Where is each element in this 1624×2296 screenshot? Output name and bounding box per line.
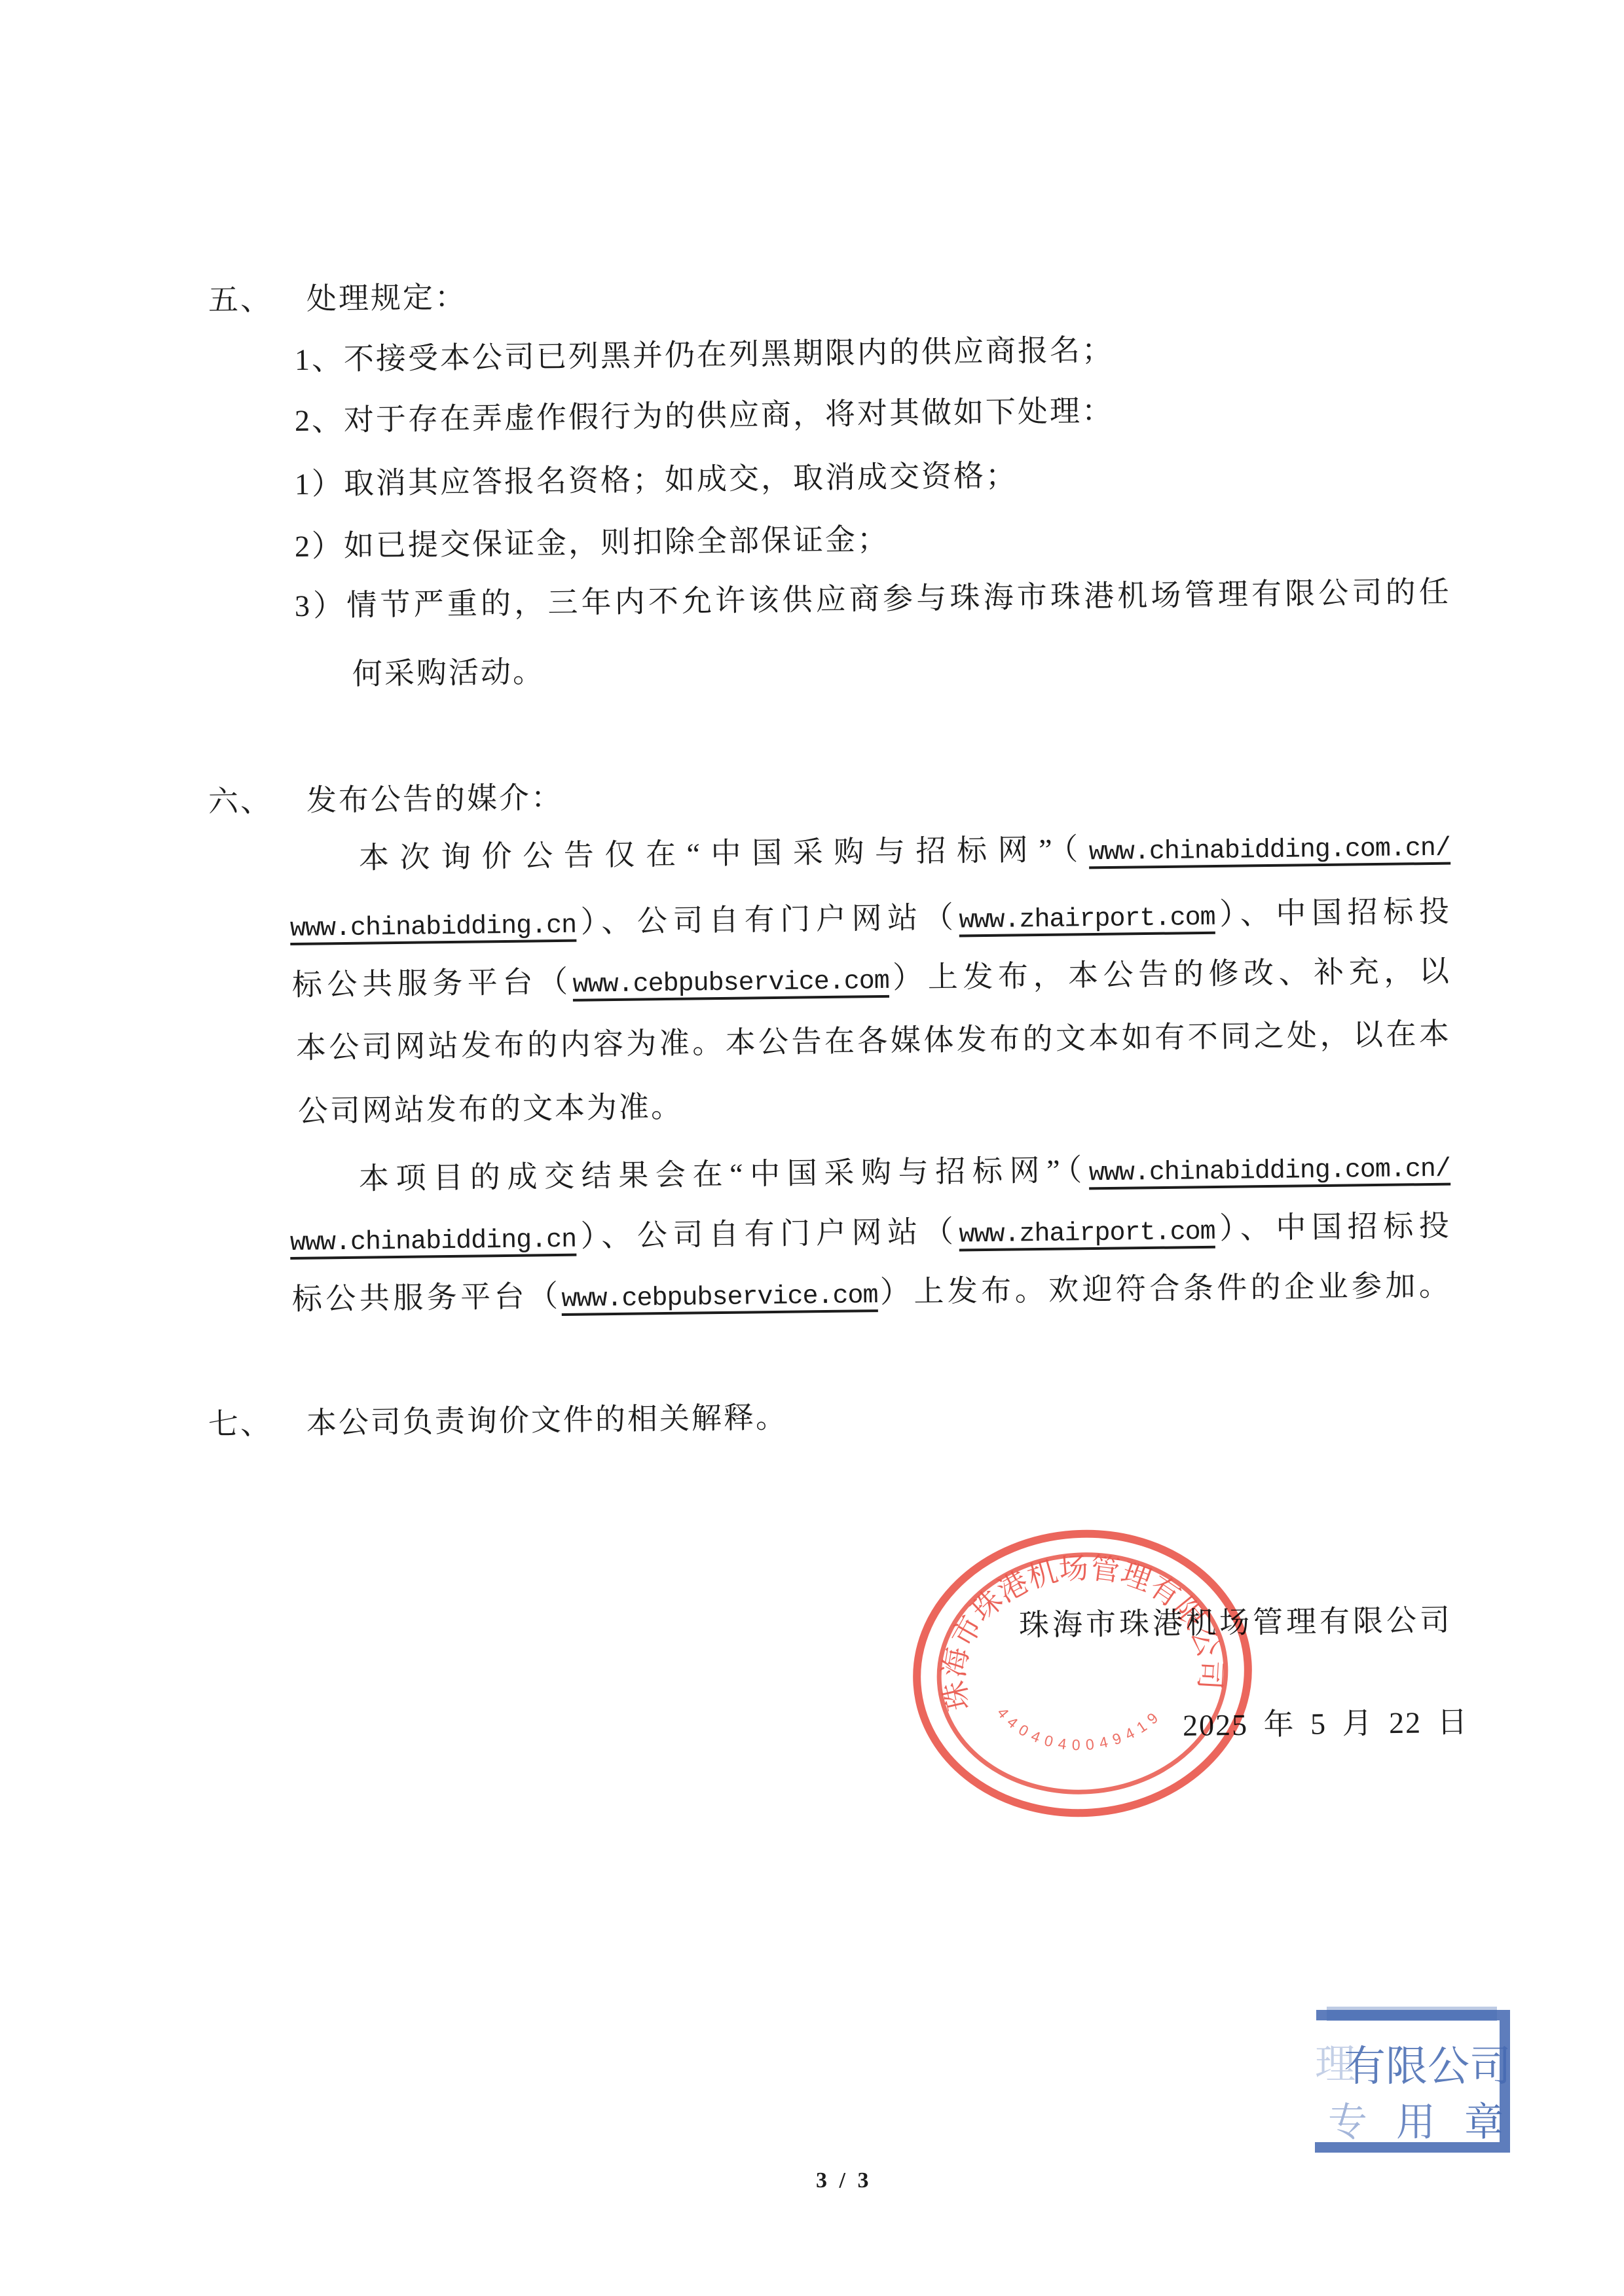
text-segment: 2）如已提交保证金，则扣除全部保证金；	[295, 522, 890, 563]
section-5-subitem-3: 3）情节严重的，三年内不允许该供应商参与珠海市珠港机场管理有限公司的任	[295, 573, 1451, 625]
blue-seal-row1: 有限公司	[1344, 2043, 1511, 2090]
url-text: www.cebpubservice.com	[572, 967, 889, 1000]
blue-company-seal-stamp: 理 有限公司 专 用 章	[1307, 2001, 1523, 2161]
section-marker: 七、	[208, 1405, 273, 1444]
section-6-para-2-line-3: 标公共服务平台（www.cebpubservice.com）上发布。欢迎符合条件…	[292, 1266, 1451, 1320]
url-text: www.chinabidding.com.cn/	[1089, 834, 1451, 868]
text-segment: 1、不接受本公司已列黑并仍在列黑期限内的供应商报名；	[295, 333, 1115, 376]
section-5-subitem-2: 2）如已提交保证金，则扣除全部保证金；	[295, 520, 890, 566]
section-title: 本公司负责询价文件的相关解释。	[306, 1398, 788, 1442]
text-segment: 何采购活动。	[352, 655, 545, 691]
url-text: www.chinabidding.cn	[290, 911, 577, 944]
section-6-para-1-line-1: 本次询价公告仅在“中国采购与招标网”（www.chinabidding.com.…	[359, 826, 1451, 879]
svg-text:4404040049419: 4404040049419	[993, 1693, 1165, 1759]
section-title: 发布公告的媒介：	[306, 778, 564, 819]
url-text: www.zhairport.com	[959, 1218, 1215, 1250]
section-title: 处理规定：	[306, 278, 468, 318]
text-segment: ）、公司自有门户网站（	[576, 901, 959, 939]
text-segment: 本公司网站发布的内容为准。本公告在各媒体发布的文本如有不同之处，以在本	[296, 1017, 1450, 1065]
text-segment: 本次询价公告仅在“中国采购与招标网”（	[359, 832, 1089, 875]
scanned-document-page: 五、处理规定：1、不接受本公司已列黑并仍在列黑期限内的供应商报名；2、对于存在弄…	[0, 0, 1624, 2296]
text-segment: 1）取消其应答报名资格；如成交，取消成交资格；	[295, 459, 1018, 501]
text-segment: 本项目的成交结果会在“中国采购与招标网”（	[359, 1153, 1089, 1195]
text-segment: ）上发布。欢迎符合条件的企业参加。	[877, 1268, 1450, 1309]
url-text: www.chinabidding.com.cn/	[1089, 1155, 1451, 1189]
section-marker: 五、	[208, 281, 273, 319]
text-segment: ）、公司自有门户网站（	[576, 1215, 959, 1253]
page-number: 3 / 3	[816, 2168, 872, 2193]
blue-seal-icon: 理 有限公司 专 用 章	[1307, 2001, 1523, 2161]
url-text: www.chinabidding.cn	[290, 1226, 577, 1258]
section-6-heading: 六、发布公告的媒介：	[208, 778, 564, 820]
red-company-seal-stamp: 珠海市珠港机场管理有限公司 4404040049419	[900, 1514, 1265, 1833]
blue-seal-row2-char1: 专	[1328, 2101, 1367, 2144]
text-segment: 标公共服务平台（	[292, 1279, 562, 1316]
text-segment: 3）情节严重的，三年内不允许该供应商参与珠海市珠港机场管理有限公司的任	[295, 575, 1450, 623]
text-segment: ）上发布，本公告的修改、补充，以	[889, 954, 1450, 994]
section-6-para-1-line-2: www.chinabidding.cn）、公司自有门户网站（www.zhairp…	[290, 892, 1451, 946]
red-seal-serial-number: 4404040049419	[993, 1693, 1165, 1759]
section-5-heading: 五、处理规定：	[208, 278, 468, 319]
section-5-item-2: 2、对于存在弄虚作假行为的供应商，将对其做如下处理：	[295, 392, 1115, 440]
section-6-para-2-line-1: 本项目的成交结果会在“中国采购与招标网”（www.chinabidding.co…	[359, 1147, 1451, 1199]
section-5-subitem-1: 1）取消其应答报名资格；如成交，取消成交资格；	[295, 457, 1018, 503]
section-6-para-2-line-2: www.chinabidding.cn）、公司自有门户网站（www.zhairp…	[290, 1207, 1451, 1260]
section-7-heading: 七、本公司负责询价文件的相关解释。	[208, 1398, 788, 1443]
text-segment: ）、中国招标投	[1215, 1209, 1450, 1245]
red-seal-icon: 珠海市珠港机场管理有限公司 4404040049419	[900, 1514, 1265, 1833]
url-text: www.zhairport.com	[959, 903, 1215, 936]
text-segment: 公司网站发布的文本为准。	[298, 1090, 684, 1128]
section-5-subitem-3-continued: 何采购活动。	[352, 653, 545, 693]
blue-seal-row2-char3: 章	[1464, 2101, 1504, 2144]
blue-seal-row2-char2: 用	[1396, 2101, 1435, 2144]
section-marker: 六、	[208, 782, 273, 821]
text-segment: 标公共服务平台（	[292, 965, 573, 1002]
section-6-para-1-line-3: 标公共服务平台（www.cebpubservice.com）上发布，本公告的修改…	[292, 952, 1451, 1006]
section-5-item-1: 1、不接受本公司已列黑并仍在列黑期限内的供应商报名；	[295, 331, 1115, 379]
section-6-para-1-line-4: 本公司网站发布的内容为准。本公告在各媒体发布的文本如有不同之处，以在本	[296, 1015, 1451, 1066]
text-segment: 2、对于存在弄虚作假行为的供应商，将对其做如下处理：	[295, 394, 1115, 437]
text-segment: ）、中国招标投	[1215, 894, 1450, 930]
url-text: www.cebpubservice.com	[561, 1281, 878, 1315]
section-6-para-1-line-5: 公司网站发布的文本为准。	[298, 1088, 684, 1131]
